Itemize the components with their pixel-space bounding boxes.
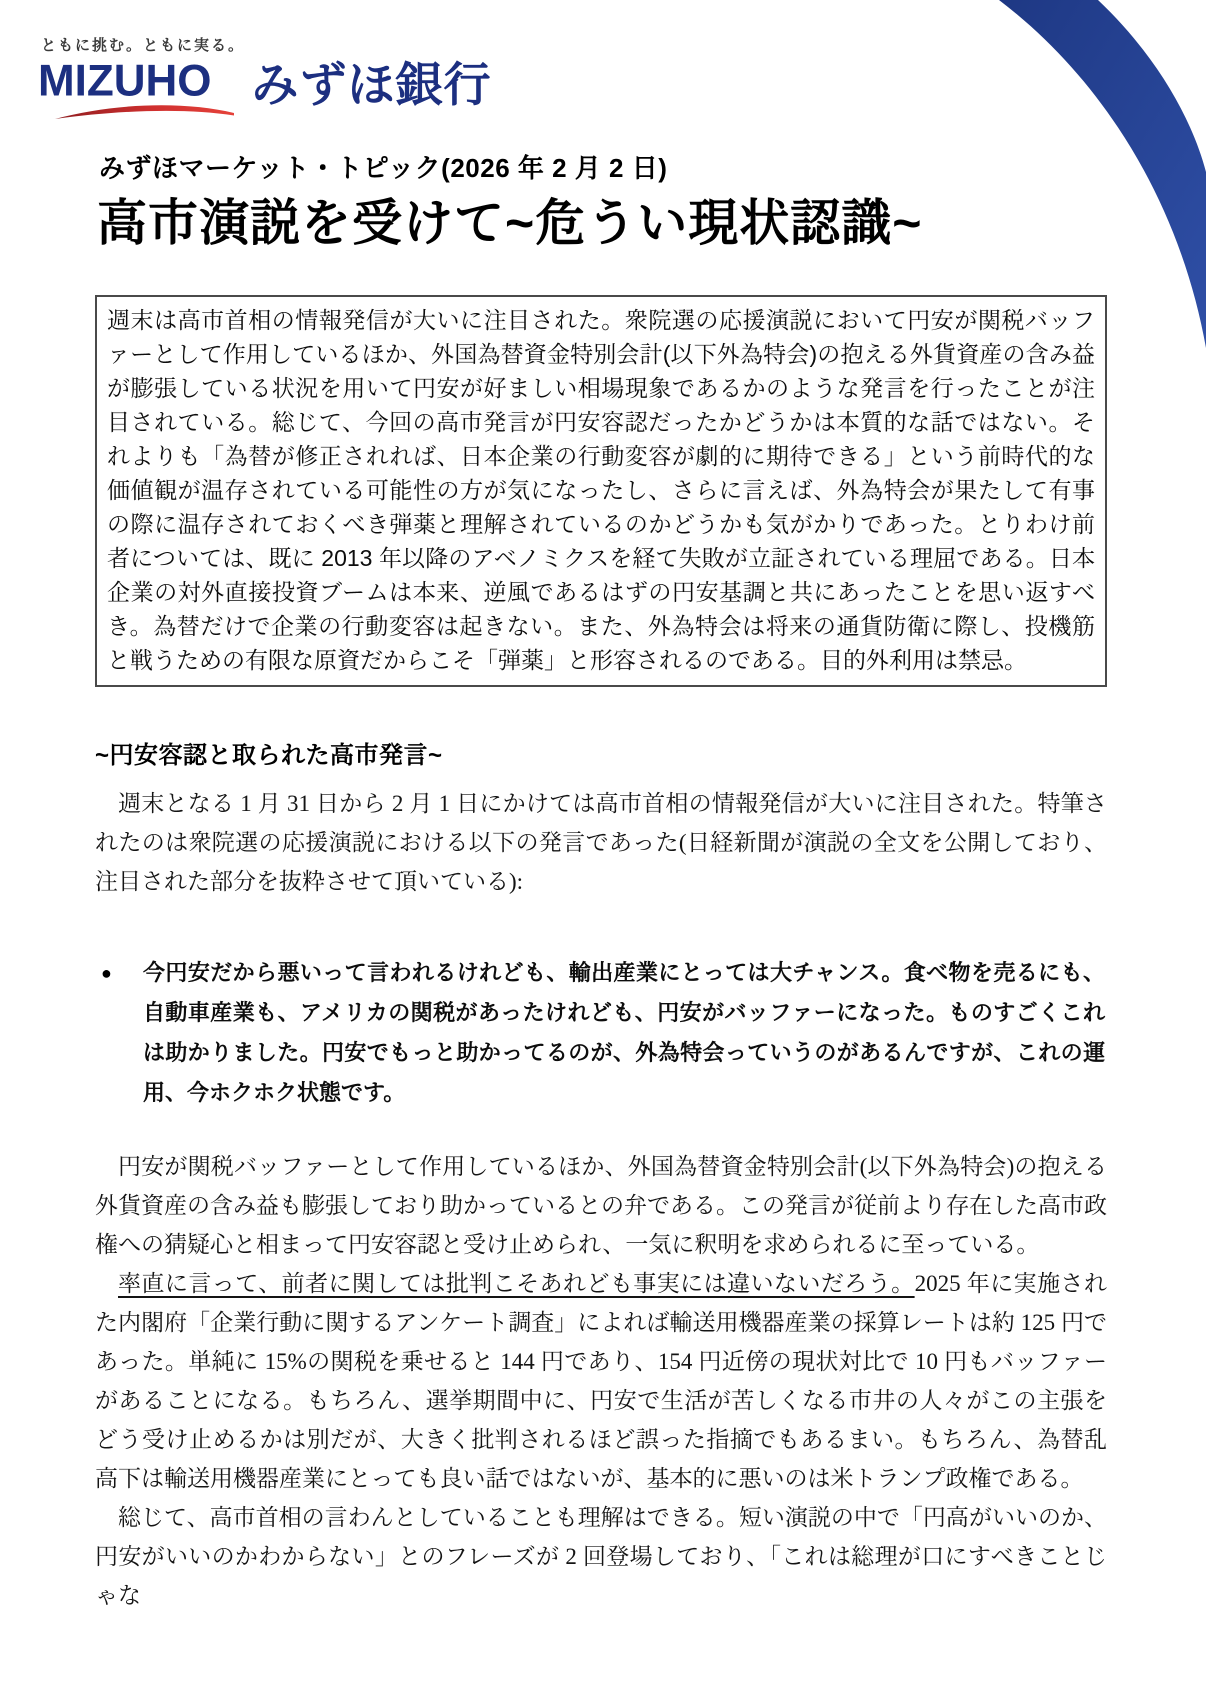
underlined-sentence: 率直に言って、前者に関しては批判こそあれども事実には違いないだろう。	[118, 1271, 915, 1296]
mizuho-red-swoosh-icon	[54, 103, 234, 121]
paragraph-analysis-1: 円安が関税バッファーとして作用しているほか、外国為替資金特別会計(以下外為特会)…	[95, 1147, 1107, 1264]
mizuho-logo-text: MIZUHO	[38, 59, 212, 104]
report-content: みずほマーケット・トピック(2026 年 2 月 2 日) 高市演説を受けて~危…	[95, 148, 1107, 1615]
report-series-title: みずほマーケット・トピック(2026 年 2 月 2 日)	[99, 148, 1107, 185]
section-heading: ~円安容認と取られた高市発言~	[95, 735, 1107, 770]
paragraph-analysis-2-rest: 2025 年に実施された内閣府「企業行動に関するアンケート調査」によれば輸送用機…	[95, 1271, 1107, 1491]
paragraph-conclusion: 総じて、高市首相の言わんとしていることも理解はできる。短い演説の中で「円高がいい…	[95, 1498, 1107, 1615]
paragraph-analysis-2: 率直に言って、前者に関しては批判こそあれども事実には違いないだろう。2025 年…	[95, 1264, 1107, 1498]
brand-tagline: ともに挑む。ともに実る。	[41, 34, 492, 55]
paragraph-intro: 週末となる 1 月 31 日から 2 月 1 日にかけては高市首相の情報発信が大…	[95, 784, 1107, 901]
quote-text: 今円安だから悪いって言われるけれども、輸出産業にとっては大チャンス。食べ物を売る…	[143, 953, 1105, 1113]
mizuho-logo: MIZUHO	[38, 59, 212, 121]
bank-name-text: みずほ銀行	[252, 61, 492, 108]
document-page: ともに挑む。ともに実る。 MIZUHO みずほ銀行	[0, 0, 1210, 1696]
bullet-icon: ●	[101, 953, 143, 993]
quote-bullet-item: ● 今円安だから悪いって言われるけれども、輸出産業にとっては大チャンス。食べ物を…	[101, 953, 1107, 1113]
brand-header: ともに挑む。ともに実る。 MIZUHO みずほ銀行	[38, 34, 492, 121]
summary-box: 週末は高市首相の情報発信が大いに注目された。衆院選の応援演説において円安が関税バ…	[95, 295, 1107, 687]
report-title: 高市演説を受けて~危うい現状認識~	[97, 195, 1107, 253]
